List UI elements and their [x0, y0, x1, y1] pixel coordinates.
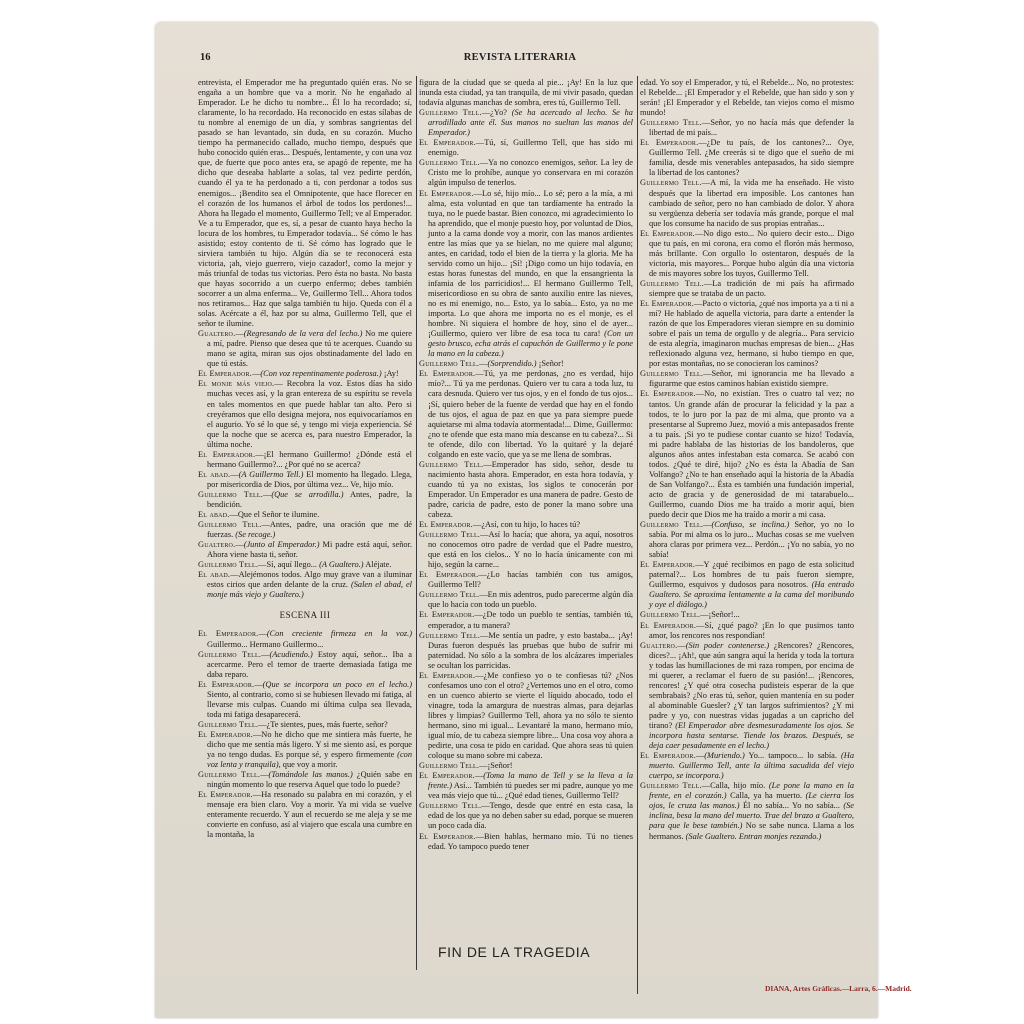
- column-divider: [416, 76, 417, 970]
- dialogue-line: Guillermo Tell.—Emperador has sido, seño…: [419, 460, 633, 520]
- speaker-name: Guillermo Tell.: [198, 490, 263, 499]
- printer-imprint: DIANA, Artes Gráficas.—Larra, 6.—Madrid.: [765, 984, 912, 993]
- text-column-3: edad. Yo soy el Emperador, y tú, el Rebe…: [640, 78, 854, 842]
- dialogue-text: No, no existían. Tres o cuatro tal vez; …: [649, 389, 854, 519]
- dialogue-line: El Emperador.—No, no existían. Tres o cu…: [640, 389, 854, 520]
- speaker-name: El Emperador.: [198, 790, 253, 799]
- speaker-name: El Emperador.: [419, 520, 473, 529]
- dialogue-text: Lo sé, hijo mío... Lo sé; pero a la mía,…: [428, 189, 633, 339]
- dialogue-line: El abad.—Que el Señor te ilumine.: [198, 510, 412, 520]
- speaker-name: Guillermo Tell.: [419, 158, 480, 167]
- dialogue-text: ¿Así, con tu hijo, lo haces tú?: [481, 520, 580, 529]
- dialogue-line: Guillermo Tell.—(Tomándole las manos.) ¿…: [198, 770, 412, 790]
- dialogue-line: El Emperador.—Tú, sí, Guillermo Tell, qu…: [419, 138, 633, 158]
- speaker-name: Guillermo Tell.: [640, 610, 700, 619]
- dialogue-line: El Emperador.—Tú, ya me perdonas, ¿no es…: [419, 369, 633, 459]
- dialogue-text: Que el Señor te ilumine.: [238, 510, 319, 519]
- continued-paragraph: entrevista, el Emperador me ha preguntad…: [198, 78, 412, 329]
- dialogue-text: Guillermo... Hermano Guillermo...: [207, 640, 323, 649]
- speaker-name: Guillermo Tell.: [198, 520, 262, 529]
- dialogue-line: Guillermo Tell.—Sí, aquí llego... (A Gua…: [198, 560, 412, 570]
- dialogue-line: El Emperador.—¿Así, con tu hijo, lo hace…: [419, 520, 633, 530]
- speaker-name: El Emperador.: [419, 189, 474, 198]
- dialogue-text: Él no sabía... Yo no sabía...: [740, 801, 844, 810]
- dialogue-text: edad. Yo soy el Emperador, y tú, el Rebe…: [640, 78, 854, 117]
- dialogue-text: ¡Señor!: [487, 761, 512, 770]
- text-column-1: entrevista, el Emperador me ha preguntad…: [198, 78, 412, 840]
- speaker-name: Guillermo Tell.: [198, 650, 261, 659]
- dialogue-line: Gualtero.—(Sin poder contenerse.) ¿Renco…: [640, 641, 854, 752]
- dialogue-line: El Emperador.—¿De tu país, de los canton…: [640, 138, 854, 178]
- stage-direction: (Regresando de la vera del lecho.): [244, 329, 363, 338]
- dialogue-text: Calla, ya ha muerto.: [727, 791, 806, 800]
- speaker-name: El Emperador.: [640, 621, 696, 630]
- dialogue-text: Así... También tú puedes ser mi padre, a…: [428, 781, 633, 800]
- speaker-name: El Emperador.: [198, 680, 254, 689]
- dialogue-line: Guillermo Tell.—Antes, padre, una oració…: [198, 520, 412, 540]
- dialogue-line: Guillermo Tell.—(Acudiendo.) Estoy aquí,…: [198, 650, 412, 680]
- dialogue-line: El Emperador.—No digo esto... No quiero …: [640, 229, 854, 279]
- dialogue-line: Guillermo Tell.—Calla, hijo mío. (Le pon…: [640, 781, 854, 841]
- dialogue-text: ¿Te sientes, pues, más fuerte, señor?: [266, 720, 387, 729]
- dialogue-line: El Emperador.—¿Me confieso yo o te confi…: [419, 671, 633, 761]
- dialogue-line: El Emperador.—¿De todo un pueblo te sent…: [419, 610, 633, 630]
- dialogue-line: Guillermo Tell.—¡Señor!: [419, 761, 633, 771]
- speaker-name: El abad.: [198, 570, 230, 579]
- dialogue-text: ¡Señor!...: [708, 610, 739, 619]
- stage-direction: (Con creciente firmeza en la voz.): [267, 629, 412, 638]
- dialogue-text: ¡Ay!: [382, 369, 399, 378]
- speaker-name: El Emperador.: [640, 389, 696, 398]
- speaker-name: Guillermo Tell.: [640, 279, 704, 288]
- speaker-name: Guillermo Tell.: [419, 761, 479, 770]
- stage-direction: (Junto al Emperador.): [244, 540, 320, 549]
- running-title: REVISTA LITERARIA: [200, 52, 840, 63]
- stage-direction: (A Gualtero.): [319, 560, 364, 569]
- dialogue-text: Pacto o victoria, ¿qué nos importa ya a …: [649, 299, 854, 368]
- speaker-name: El Emperador.: [419, 369, 475, 378]
- dialogue-line: Guillermo Tell.—(Sorprendido.) ¡Señor!: [419, 359, 633, 369]
- dialogue-line: El Emperador.—No he dicho que me sintier…: [198, 730, 412, 770]
- dialogue-text: Yo... tampoco... lo sabía.: [745, 751, 841, 760]
- column-divider: [637, 76, 638, 994]
- stage-direction: (Con voz repentinamente poderosa.): [260, 369, 381, 378]
- speaker-name: Guillermo Tell.: [419, 631, 480, 640]
- speaker-name: Gualtero.: [198, 540, 235, 549]
- stage-direction: (Acudiendo.): [270, 650, 313, 659]
- dialogue-text: ¡Señor!: [537, 359, 564, 368]
- speaker-name: Guillermo Tell.: [419, 108, 482, 117]
- continued-paragraph: figura de la ciudad que se queda al pie.…: [419, 78, 633, 108]
- dialogue-line: El Emperador.—Bien hablas, hermano mío. …: [419, 832, 633, 852]
- speaker-name: Guillermo Tell.: [419, 359, 479, 368]
- speaker-name: Guillermo Tell.: [640, 369, 703, 378]
- speaker-name: El abad.: [198, 470, 230, 479]
- speaker-name: El Emperador.: [640, 138, 698, 147]
- dialogue-text: Aléjate.: [364, 560, 392, 569]
- speaker-name: El monje más viejo.: [198, 379, 274, 388]
- dialogue-line: Guillermo Tell.—Señor, yo no hacía más q…: [640, 118, 854, 138]
- dialogue-line: El Emperador.—Y ¿qué recibimos en pago d…: [640, 560, 854, 610]
- speaker-name: El Emperador.: [419, 610, 474, 619]
- dialogue-line: Guillermo Tell.—Así lo hacía; que ahora,…: [419, 530, 633, 570]
- dialogue-line: Guillermo Tell.—Me sentía un padre, y es…: [419, 631, 633, 671]
- dialogue-line: Guillermo Tell.—En mis adentros, pudo pa…: [419, 590, 633, 610]
- dialogue-text: Tú, ya me perdonas, ¿no es verdad, hijo …: [428, 369, 633, 458]
- end-title: FIN DE LA TRAGEDIA: [438, 944, 590, 960]
- dialogue-line: El Emperador.—(Que se incorpora un poco …: [198, 680, 412, 720]
- dialogue-line: El Emperador.—Sí, ¿qué pago? ¡En lo que …: [640, 621, 854, 641]
- dialogue-text: ¿Yo?: [490, 108, 512, 117]
- dialogue-line: Guillermo Tell.—A mí, la vida me ha ense…: [640, 178, 854, 228]
- speaker-name: Guillermo Tell.: [419, 460, 483, 469]
- dialogue-line: El Emperador.—(Con creciente firmeza en …: [198, 629, 412, 649]
- speaker-name: El Emperador.: [640, 560, 695, 569]
- dialogue-line: Guillermo Tell.—Ya no conozco enemigos, …: [419, 158, 633, 188]
- dialogue-line: Guillermo Tell.—¿Yo? (Se ha acercado al …: [419, 108, 633, 138]
- dialogue-line: El Emperador.—(Muriendo.) Yo... tampoco.…: [640, 751, 854, 781]
- text-column-2: figura de la ciudad que se queda al pie.…: [419, 78, 633, 852]
- speaker-name: Guillermo Tell.: [640, 520, 703, 529]
- speaker-name: Guillermo Tell.: [198, 770, 260, 779]
- speaker-name: El Emperador.: [640, 751, 696, 760]
- stage-direction: (Que se arrodilla.): [271, 490, 343, 499]
- speaker-name: El Emperador.: [198, 450, 255, 459]
- dialogue-line: El Emperador.—¡El hermano Guillermo! ¿Dó…: [198, 450, 412, 470]
- dialogue-line: Guillermo Tell.—¿Te sientes, pues, más f…: [198, 720, 412, 730]
- dialogue-text: Calla, hijo mío.: [710, 781, 769, 790]
- stage-direction: (Sorprendido.): [487, 359, 536, 368]
- speaker-name: Guillermo Tell.: [640, 781, 702, 790]
- stage-direction: (Muriendo.): [704, 751, 745, 760]
- dialogue-text: Recobra la voz. Estos días ha sido mucha…: [207, 379, 412, 448]
- dialogue-line: Guillermo Tell.—¡Señor!...: [640, 610, 854, 620]
- speaker-name: Guillermo Tell.: [419, 590, 479, 599]
- dialogue-line: El monje más viejo.— Recobra la voz. Est…: [198, 379, 412, 449]
- speaker-name: Gualtero.: [198, 329, 235, 338]
- dialogue-line: Guillermo Tell.—La tradición de mi país …: [640, 279, 854, 299]
- dialogue-line: El Emperador.—(Con voz repentinamente po…: [198, 369, 412, 379]
- dialogue-text: Sí, aquí llego...: [266, 560, 319, 569]
- dialogue-line: Gualtero.—(Junto al Emperador.) Mi padre…: [198, 540, 412, 560]
- speaker-name: El Emperador.: [640, 229, 695, 238]
- stage-direction: (Sin poder contenerse.): [686, 641, 769, 650]
- stage-direction: (Confuso, se inclina.): [711, 520, 789, 529]
- dialogue-text: figura de la ciudad que se queda al pie.…: [419, 78, 633, 107]
- speaker-name: Guillermo Tell.: [198, 560, 258, 569]
- dialogue-line: El abad.—(A Guillermo Tell.) El momento …: [198, 470, 412, 490]
- stage-direction: (Sale Gualtero. Entran monjes rezando.): [686, 832, 822, 841]
- speaker-name: El Emperador.: [198, 629, 258, 638]
- dialogue-line: Guillermo Tell.—Señor, mi ignorancia me …: [640, 369, 854, 389]
- dialogue-line: Guillermo Tell.—Tengo, desde que entré e…: [419, 801, 633, 831]
- dialogue-line: El Emperador.—(Toma la mano de Tell y se…: [419, 771, 633, 801]
- speaker-name: El Emperador.: [419, 771, 475, 780]
- dialogue-line: Guillermo Tell.—(Confuso, se inclina.) S…: [640, 520, 854, 560]
- stage-direction: (A Guillermo Tell.): [239, 470, 304, 479]
- stage-direction: (El Emperador abre desmesuradamente los …: [649, 721, 854, 750]
- stage-direction: (Que se incorpora un poco en el lecho.): [263, 680, 412, 689]
- dialogue-line: El Emperador.—Lo sé, hijo mío... Lo sé; …: [419, 189, 633, 360]
- dialogue-line: El Emperador.—Pacto o victoria, ¿qué nos…: [640, 299, 854, 369]
- dialogue-text: entrevista, el Emperador me ha preguntad…: [198, 78, 412, 328]
- speaker-name: Guillermo Tell.: [198, 720, 258, 729]
- speaker-name: Guillermo Tell.: [419, 530, 480, 539]
- speaker-name: Guillermo Tell.: [640, 118, 702, 127]
- speaker-name: El Emperador.: [419, 570, 478, 579]
- dialogue-line: El Emperador.—Ha resonado su palabra en …: [198, 790, 412, 840]
- speaker-name: El Emperador.: [198, 369, 252, 378]
- dialogue-text: ¿Rencores? ¿Rencores, dices?... ¡Ah!, qu…: [649, 641, 854, 730]
- speaker-name: Gualtero.: [640, 641, 677, 650]
- dialogue-text: ¿Me confieso yo o te confiesas tú? ¿Nos …: [428, 671, 633, 760]
- scene-heading: ESCENA III: [198, 610, 412, 620]
- dialogue-text: , que voy a morir.: [279, 760, 338, 769]
- dialogue-text: Siento, al contrario, como si se hubiese…: [207, 690, 412, 719]
- speaker-name: El abad.: [198, 510, 230, 519]
- stage-direction: (Tomándole las manos.): [269, 770, 353, 779]
- page-header: 16 REVISTA LITERARIA: [200, 52, 840, 66]
- speaker-name: Guillermo Tell.: [419, 801, 481, 810]
- speaker-name: El Emperador.: [419, 832, 476, 841]
- dialogue-line: Gualtero.—(Regresando de la vera del lec…: [198, 329, 412, 369]
- dialogue-line: El Emperador.—¿Lo hacías también con tus…: [419, 570, 633, 590]
- continued-paragraph: edad. Yo soy el Emperador, y tú, el Rebe…: [640, 78, 854, 118]
- speaker-name: Guillermo Tell.: [640, 178, 702, 187]
- speaker-name: El Emperador.: [419, 138, 476, 147]
- dialogue-line: Guillermo Tell.—(Que se arrodilla.) Ante…: [198, 490, 412, 510]
- speaker-name: El Emperador.: [640, 299, 694, 308]
- stage-direction: (Se recoge.): [235, 530, 275, 539]
- speaker-name: El Emperador.: [198, 730, 253, 739]
- dialogue-line: El abad.—Alejémonos todos. Algo muy grav…: [198, 570, 412, 600]
- speaker-name: El Emperador.: [419, 671, 475, 680]
